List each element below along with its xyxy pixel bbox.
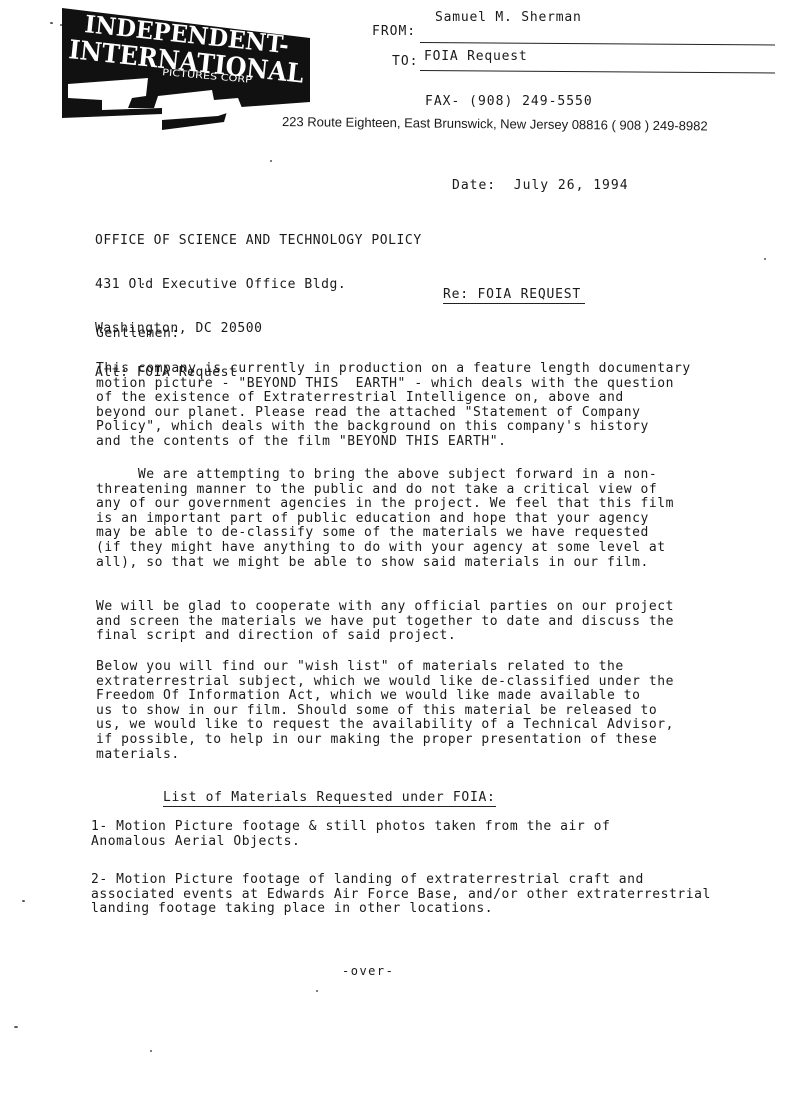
page-footer: -over-: [342, 964, 394, 978]
greeting: Gentlemen:: [96, 327, 180, 342]
scan-speck: [22, 900, 25, 902]
scan-speck: [14, 1026, 18, 1028]
to-label: TO:: [392, 54, 418, 69]
list-item: 1- Motion Picture footage & still photos…: [91, 820, 610, 849]
scan-speck: [316, 990, 318, 992]
scan-speck: [150, 1050, 152, 1052]
paragraph-3: We will be glad to cooperate with any of…: [96, 600, 674, 644]
from-value: Samuel M. Sherman: [435, 10, 582, 25]
paragraph-2: We are attempting to bring the above sub…: [96, 468, 674, 570]
company-address: 223 Route Eighteen, East Brunswick, New …: [282, 114, 708, 133]
paragraph-1: This company is currently in production …: [96, 362, 691, 450]
from-label: FROM:: [372, 24, 416, 39]
addressee-line: 431 Old Executive Office Bldg.: [95, 278, 422, 293]
scan-speck: [764, 258, 766, 260]
from-underline: [420, 42, 775, 45]
subject-line: Re: FOIA REQUEST: [443, 287, 585, 304]
scan-speck: [50, 22, 53, 24]
to-value: FOIA Request: [424, 49, 528, 64]
scan-speck: [270, 160, 272, 162]
paragraph-4: Below you will find our "wish list" of m…: [96, 660, 674, 762]
to-underline: [420, 70, 775, 73]
letter-page: INDEPENDENT- INTERNATIONAL PICTURES CORP…: [0, 0, 800, 1104]
addressee-line: OFFICE OF SCIENCE AND TECHNOLOGY POLICY: [95, 234, 422, 249]
scan-speck: [60, 24, 62, 26]
company-logo: INDEPENDENT- INTERNATIONAL PICTURES CORP: [62, 4, 312, 130]
list-title: List of Materials Requested under FOIA:: [163, 790, 496, 807]
letter-date: Date: July 26, 1994: [452, 178, 629, 193]
list-item: 2- Motion Picture footage of landing of …: [91, 873, 711, 917]
scan-speck: [142, 283, 144, 285]
fax-number: FAX- (908) 249-5550: [425, 94, 593, 109]
